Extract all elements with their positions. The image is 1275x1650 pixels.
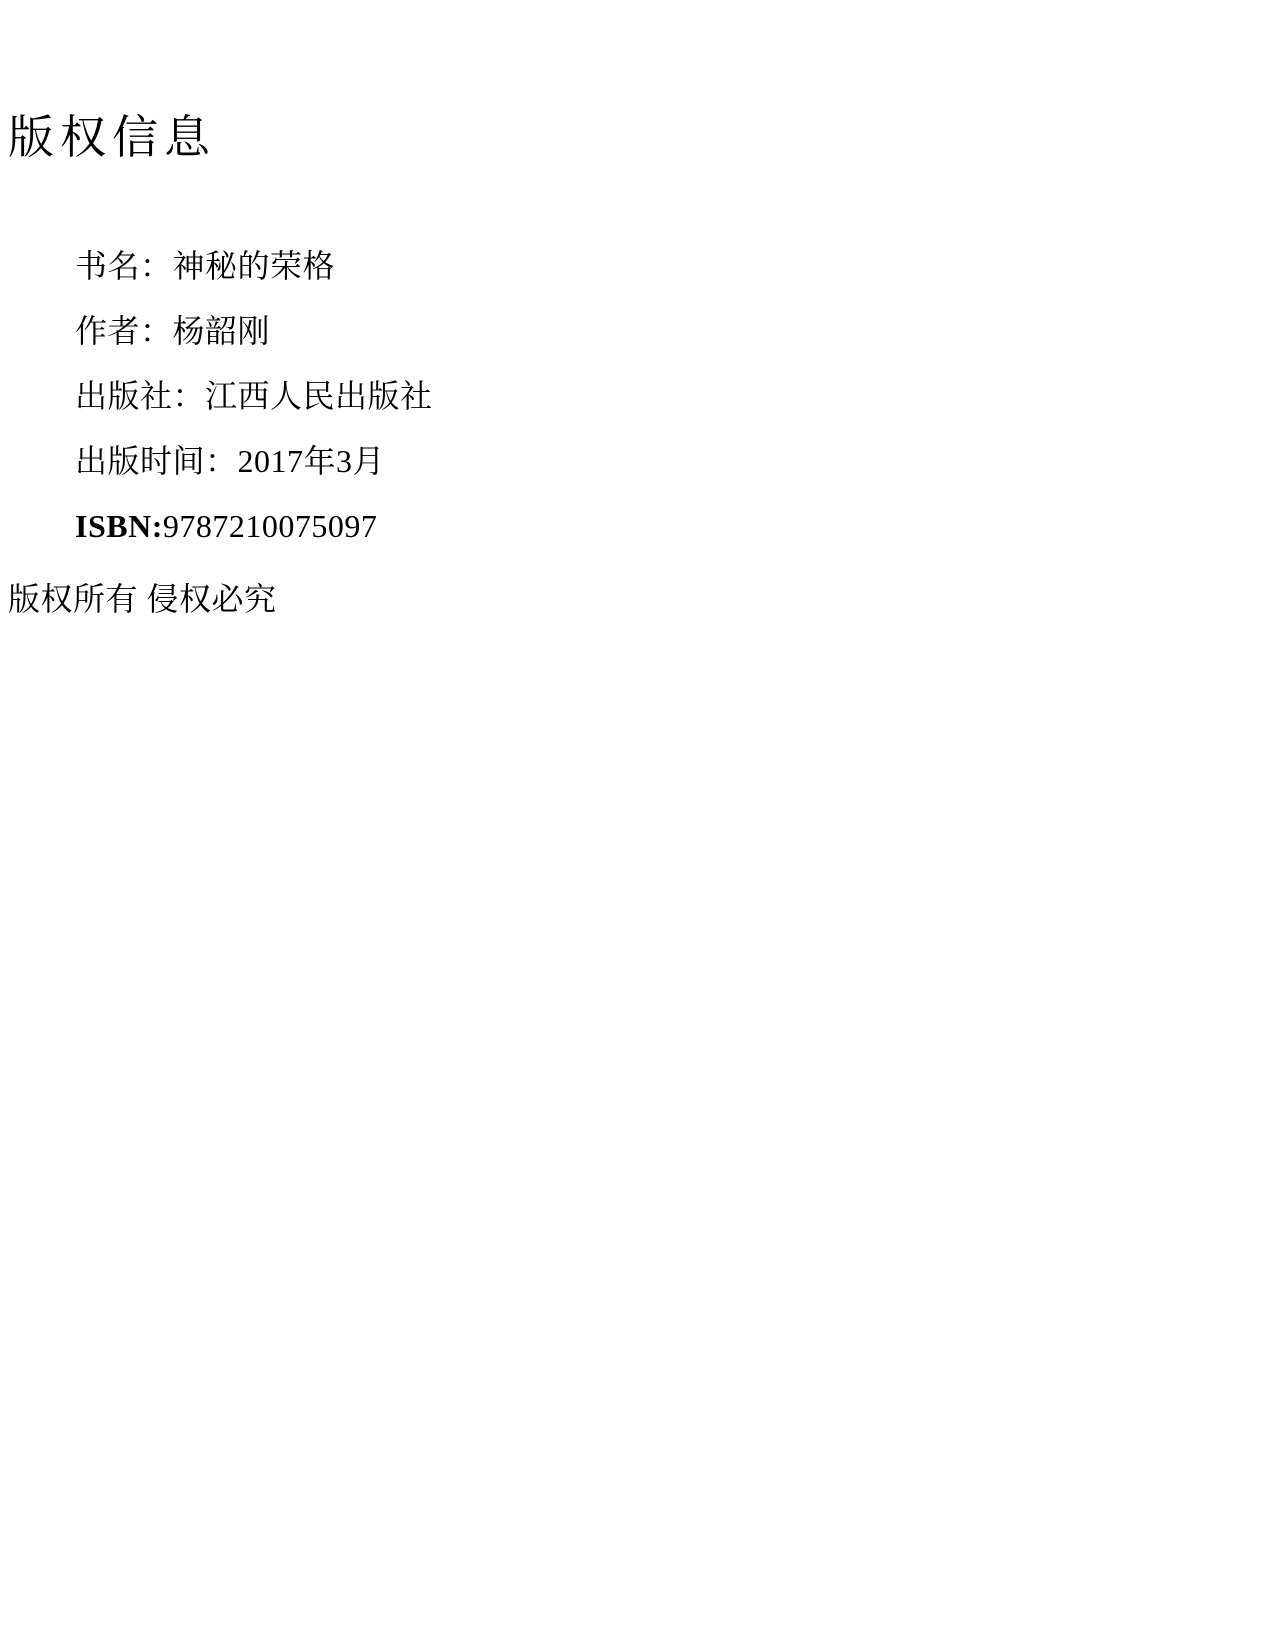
book-publisher-line: 出版社：江西人民出版社 [75, 380, 433, 412]
isbn-label: ISBN: [75, 508, 163, 544]
page-title: 版权信息 [8, 115, 216, 161]
copyright-page: 版权信息 书名：神秘的荣格 作者：杨韶刚 出版社：江西人民出版社 出版时间：20… [0, 0, 1275, 1650]
isbn-value: 9787210075097 [163, 508, 378, 544]
book-pubdate-line: 出版时间：2017年3月 [75, 445, 385, 477]
book-isbn-line: ISBN:9787210075097 [75, 510, 377, 542]
book-title-line: 书名：神秘的荣格 [75, 250, 335, 282]
copyright-notice: 版权所有 侵权必究 [8, 583, 277, 615]
book-author-line: 作者：杨韶刚 [75, 315, 270, 347]
